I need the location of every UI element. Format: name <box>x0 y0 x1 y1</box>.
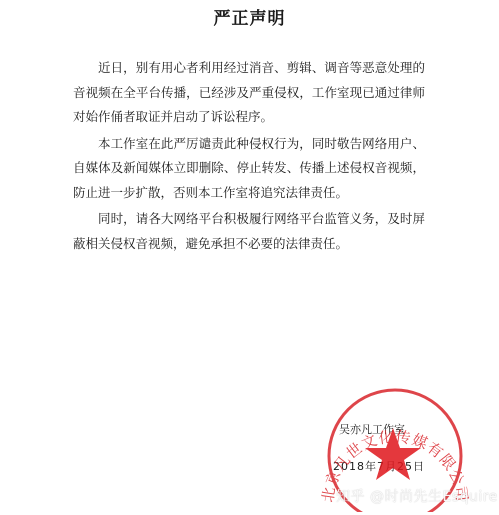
watermark: 知乎 @时尚先生Esquire <box>336 486 498 506</box>
document-title: 严正声明 <box>0 4 499 29</box>
document-body: 近日，别有用心者利用经过消音、剪辑、调音等恶意处理的音视频在全平台传播，已经涉及… <box>73 56 425 256</box>
paragraph-2: 本工作室在此严厉谴责此种侵权行为，同时敬告网络用户、自媒体及新闻媒体立即删除、停… <box>73 132 425 206</box>
paragraph-3: 同时，请各大网络平台积极履行网络平台监管义务，及时屏蔽相关侵权音视频，避免承担不… <box>73 207 425 256</box>
paragraph-1: 近日，别有用心者利用经过消音、剪辑、调音等恶意处理的音视频在全平台传播，已经涉及… <box>73 56 425 130</box>
